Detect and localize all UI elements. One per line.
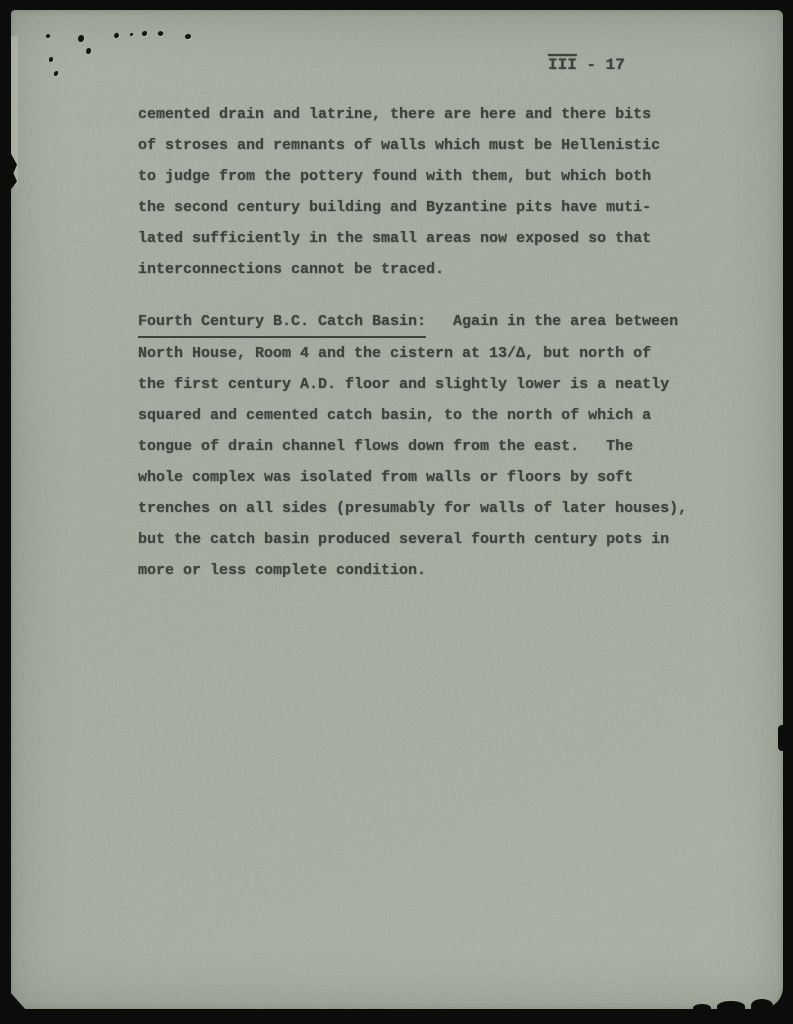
text-line: North House, Room 4 and the cistern at 1… — [138, 338, 713, 369]
text-line: of stroses and remnants of walls which m… — [138, 130, 703, 161]
document-page: III - 17 cemented drain and latrine, the… — [11, 10, 783, 1009]
pin-hole — [130, 33, 133, 36]
text-line: squared and cemented catch basin, to the… — [138, 400, 713, 431]
pin-hole — [113, 32, 119, 38]
text-line: tongue of drain channel flows down from … — [138, 431, 713, 462]
text-line: cemented drain and latrine, there are he… — [138, 99, 703, 130]
pin-hole — [86, 48, 91, 54]
text-line: Fourth Century B.C. Catch Basin: Again i… — [138, 306, 713, 338]
text-line: whole complex was isolated from walls or… — [138, 462, 713, 493]
text-line: trenches on all sides (presumably for wa… — [138, 493, 713, 524]
pin-hole — [49, 57, 53, 62]
text-line: the second century building and Byzantin… — [138, 192, 703, 223]
text-line: to judge from the pottery found with the… — [138, 161, 703, 192]
paper-corner-chamfer — [10, 992, 26, 1010]
paper-tear-bottom — [693, 1004, 711, 1012]
paper-tear-bottom — [717, 1001, 745, 1012]
page-number-rest: - 17 — [577, 56, 625, 74]
pin-hole — [45, 33, 50, 38]
paper-tear-bottom — [751, 999, 773, 1012]
scan-background: { "page": { "kind": "typewritten manuscr… — [0, 0, 793, 1024]
text-line: lated sufficiently in the small areas no… — [138, 223, 703, 254]
text-line: interconnections cannot be traced. — [138, 254, 703, 285]
text-line: more or less complete condition. — [138, 555, 713, 586]
pin-hole — [142, 31, 147, 36]
text-line: but the catch basin produced several fou… — [138, 524, 713, 555]
text-line: the first century A.D. floor and slightl… — [138, 369, 713, 400]
section-heading: Fourth Century B.C. Catch Basin: — [138, 308, 426, 338]
section-heading-trailing-text: Again in the area between — [426, 313, 678, 330]
paragraph-2: Fourth Century B.C. Catch Basin: Again i… — [138, 306, 713, 586]
pin-hole — [53, 71, 58, 77]
paper-notch-right-edge — [778, 725, 785, 751]
pin-hole — [185, 34, 191, 39]
page-number: III - 17 — [548, 50, 625, 81]
paragraph-1: cemented drain and latrine, there are he… — [138, 99, 703, 285]
pin-hole — [78, 35, 84, 42]
pin-hole — [157, 30, 164, 37]
page-number-roman: III — [548, 56, 577, 74]
